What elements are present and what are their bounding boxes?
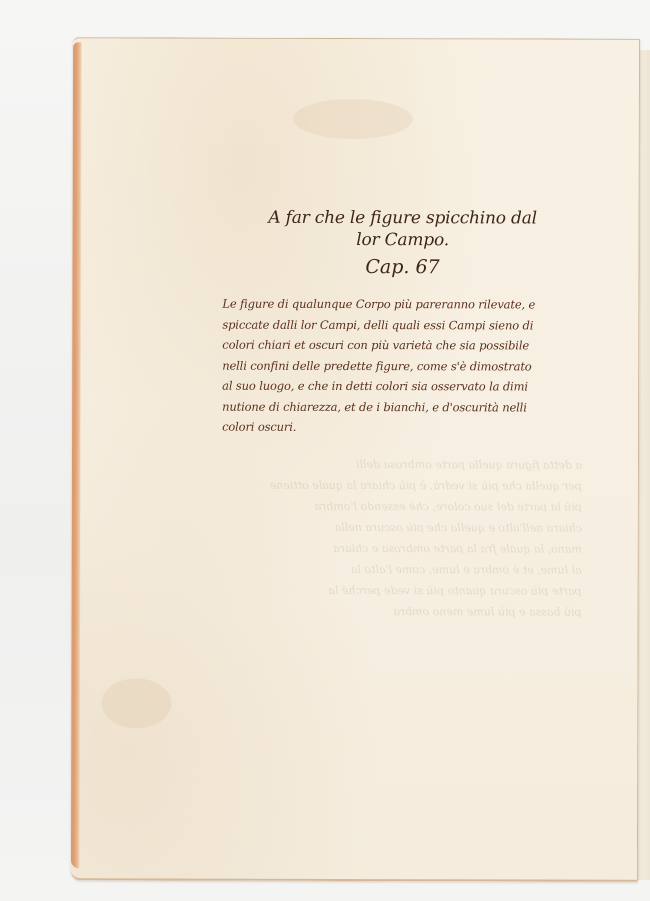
bleed-line: per quella che più si vedrà, è più chiar… <box>232 475 582 497</box>
bleed-through-text: a detta figura quella parte ombrosa dell… <box>232 454 582 623</box>
bleed-line: a detta figura quella parte ombrosa dell… <box>232 454 582 476</box>
chapter-body: Le figure di qualunque Corpo più pareran… <box>222 294 582 438</box>
heading-title-line: A far che le figure spicchino dal <box>253 207 553 230</box>
heading-title-line: lor Campo. <box>253 229 553 252</box>
bleed-line: parte più oscura quanto più si vede perc… <box>232 580 582 602</box>
gilt-page-edge <box>71 42 82 868</box>
bleed-line: chiara nell'alto e quella che più oscura… <box>232 517 582 539</box>
body-line: nutione di chiarezza, et de i bianchi, e… <box>222 396 582 417</box>
foxing-stain <box>101 678 171 728</box>
bleed-line: mano, la quale fra la parte ombrosa e ch… <box>232 538 582 560</box>
body-line: spiccate dalli lor Campi, delli quali es… <box>222 314 582 335</box>
bleed-line: al lume, et è ombra e lume, come l'alto … <box>232 559 582 581</box>
bleed-line: più la parte del suo colore, chè essendo… <box>232 496 582 518</box>
body-line: colori chiari et oscuri con più varietà … <box>222 335 582 356</box>
chapter-heading: A far che le figure spicchino dal lor Ca… <box>252 207 552 280</box>
body-line: al suo luogo, e che in detti colori sia … <box>222 376 582 397</box>
body-line: nelli confini delle predette figure, com… <box>222 355 582 376</box>
bleed-line: più bassa e più lume meno ombra <box>232 601 582 623</box>
body-line: colori oscuri. <box>222 417 582 438</box>
chapter-number: Cap. 67 <box>252 255 552 280</box>
foxing-stain <box>293 99 413 139</box>
body-line: Le figure di qualunque Corpo più pareran… <box>222 294 582 315</box>
manuscript-page: a detta figura quella parte ombrosa dell… <box>71 37 640 881</box>
